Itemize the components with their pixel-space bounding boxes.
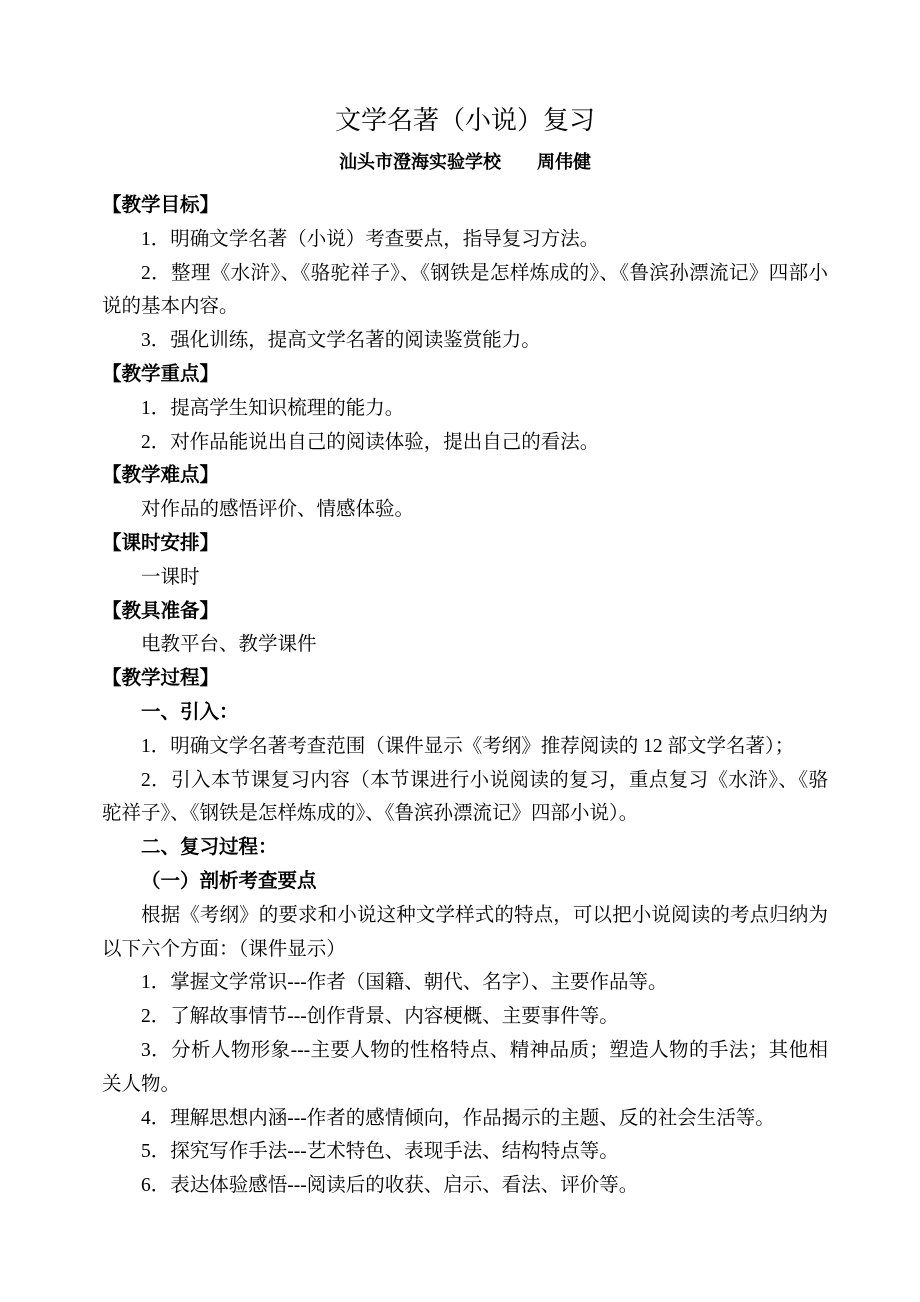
review-subsection-1-heading: （一）剖析考查要点 [102,865,828,899]
review-analysis-paragraph: 根据《考纲》的要求和小说这种文学样式的特点，可以把小说阅读的考点归纳为以下六个方… [102,899,828,967]
difficulties-text: 对作品的感悟评价、情感体验。 [102,493,828,527]
exam-point-2: 2．了解故事情节---创作背景、内容梗概、主要事件等。 [102,1000,828,1034]
document-title: 文学名著（小说）复习 [102,102,828,140]
section-heading-difficulties: 【教学难点】 [102,459,828,493]
exam-point-5: 5．探究写作手法---艺术特色、表现手法、结构特点等。 [102,1135,828,1169]
section-heading-class-hours: 【课时安排】 [102,527,828,561]
objectives-item-2: 2．整理《水浒》、《骆驼祥子》、《钢铁是怎样炼成的》、《鲁滨孙漂流记》四部小说的… [102,257,828,325]
exam-point-4: 4．理解思想内涵---作者的感情倾向，作品揭示的主题、反的社会生活等。 [102,1102,828,1136]
exam-point-1: 1．掌握文学常识---作者（国籍、朝代、名字）、主要作品等。 [102,966,828,1000]
class-hours-text: 一课时 [102,561,828,595]
section-heading-objectives: 【教学目标】 [102,189,828,223]
section-heading-process: 【教学过程】 [102,662,828,696]
objectives-item-3: 3．强化训练，提高文学名著的阅读鉴赏能力。 [102,324,828,358]
objectives-item-1: 1．明确文学名著（小说）考查要点，指导复习方法。 [102,223,828,257]
key-points-item-2: 2．对作品能说出自己的阅读体验，提出自己的看法。 [102,426,828,460]
process-part1-intro-heading: 一、引入： [102,696,828,730]
section-heading-key-points: 【教学重点】 [102,358,828,392]
document-body: 【教学目标】 1．明确文学名著（小说）考查要点，指导复习方法。 2．整理《水浒》… [102,189,828,1203]
intro-item-1: 1．明确文学名著考查范围（课件显示《考纲》推荐阅读的 12 部文学名著）； [102,730,828,764]
process-part2-review-heading: 二、复习过程： [102,831,828,865]
key-points-item-1: 1．提高学生知识梳理的能力。 [102,392,828,426]
section-heading-teaching-aids: 【教具准备】 [102,595,828,629]
exam-point-6: 6．表达体验感悟---阅读后的收获、启示、看法、评价等。 [102,1169,828,1203]
intro-item-2: 2．引入本节课复习内容（本节课进行小说阅读的复习，重点复习《水浒》、《骆驼祥子》… [102,764,828,832]
exam-point-3: 3．分析人物形象---主要人物的性格特点、精神品质；塑造人物的手法；其他相关人物… [102,1034,828,1102]
teaching-aids-text: 电教平台、教学课件 [102,628,828,662]
document-author-line: 汕头市澄海实验学校 周伟健 [102,145,828,179]
document-page: 文学名著（小说）复习 汕头市澄海实验学校 周伟健 【教学目标】 1．明确文学名著… [0,0,920,1302]
